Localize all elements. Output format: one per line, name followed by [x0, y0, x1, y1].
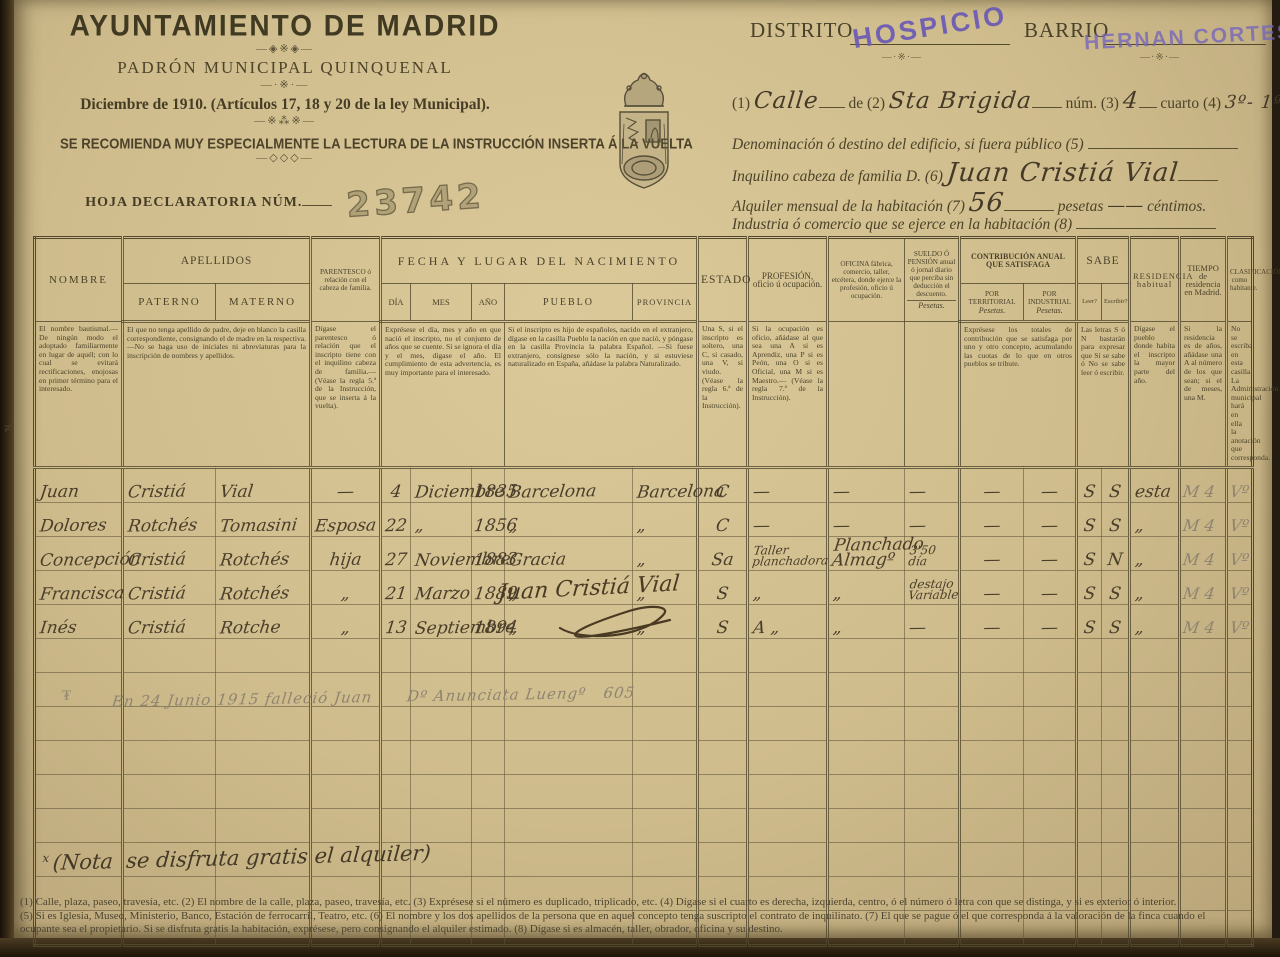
handwritten-tiempo: M 4	[1182, 482, 1216, 501]
handwritten-profesion: „	[750, 586, 763, 601]
col-header-tiempo: TIEMPO de residencia en Madrid.	[1180, 238, 1227, 322]
tenant-field: Inquilino cabeza de familia D. (6) Juan …	[732, 158, 1272, 188]
ornament-divider-icon: —◇◇◇—	[60, 153, 510, 163]
cell-paterno	[123, 740, 216, 774]
cell-provincia	[633, 672, 698, 706]
handwritten-leer: S	[1079, 552, 1100, 567]
handwritten-ano: 1856	[473, 518, 503, 533]
cell-parentesco	[311, 808, 381, 842]
cell-escribir: S	[1102, 604, 1130, 638]
handwritten-dia: 27	[383, 552, 409, 567]
cell-parentesco	[311, 638, 381, 672]
cell-oficina	[828, 774, 905, 808]
cell-sueldo: —	[905, 467, 960, 502]
cell-materno	[216, 638, 311, 672]
cell-residencia	[1130, 740, 1180, 774]
cell-materno: Rotche	[216, 604, 311, 638]
cell-escribir	[1102, 672, 1130, 706]
cell-tiempo: M 4	[1180, 570, 1227, 604]
col-header-sueldo: SUELDO Ó PENSIÓN anual ó jornal diario q…	[905, 238, 960, 322]
handwritten-oficina: „	[830, 586, 843, 601]
cell-industrial: —	[1024, 536, 1077, 570]
masthead: AYUNTAMIENTO DE MADRID —◈※◈— PADRÓN MUNI…	[60, 10, 510, 215]
handwritten-industrial: —	[1025, 586, 1074, 602]
cell-ano	[472, 740, 505, 774]
cell-mes	[411, 740, 472, 774]
handwritten-sueldo: destajo Variable	[906, 578, 961, 601]
cell-provincia: „	[633, 536, 698, 570]
cell-sueldo: destajo Variable	[905, 570, 960, 604]
cell-paterno	[123, 808, 216, 842]
industrial-title: POR INDUSTRIAL	[1028, 290, 1071, 306]
sheet-number-label: HOJA DECLARATORIA NÚM.	[85, 195, 302, 210]
cell-dia: 22	[381, 502, 411, 536]
handwritten-parentesco: „	[313, 620, 378, 636]
cell-territorial	[960, 638, 1024, 672]
cell-industrial: —	[1024, 502, 1077, 536]
cell-dia: 13	[381, 604, 411, 638]
handwritten-sueldo: 3'50 día	[906, 544, 958, 567]
handwritten-residencia: esta	[1132, 484, 1172, 500]
cell-industrial	[1024, 842, 1077, 876]
cell-escribir	[1102, 808, 1130, 842]
ornament-divider-icon: —※⁂※—	[60, 116, 510, 126]
cell-mes	[411, 808, 472, 842]
handwritten-residencia: „	[1132, 518, 1145, 533]
handwritten-territorial: —	[962, 586, 1022, 602]
cell-sueldo	[905, 638, 960, 672]
handwritten-sueldo: —	[906, 620, 927, 635]
subheader-provincia: PROVINCIA	[633, 284, 698, 322]
table-row	[35, 774, 1253, 808]
cell-industrial: —	[1024, 570, 1077, 604]
cell-clasificacion	[1227, 638, 1253, 672]
cell-sueldo	[905, 706, 960, 740]
handwritten-territorial: —	[962, 620, 1022, 636]
cell-profesion: —	[748, 467, 828, 502]
subheader-pueblo: PUEBLO	[505, 284, 633, 322]
cell-residencia: esta	[1130, 467, 1180, 502]
cell-industrial	[1024, 672, 1077, 706]
cell-clasificacion	[1227, 774, 1253, 808]
cell-tiempo	[1180, 706, 1227, 740]
instruction-parentesco: Dígase el parentesco ó relación que el i…	[311, 322, 381, 468]
handwritten-pueblo: Gracia	[506, 552, 567, 568]
cell-residencia	[1130, 842, 1180, 876]
cell-paterno	[123, 774, 216, 808]
handwritten-profesion: Taller planchadora	[750, 544, 831, 567]
cell-sueldo	[905, 808, 960, 842]
street-type-handwritten: Calle	[753, 88, 820, 114]
cell-estado: C	[698, 467, 748, 502]
instruction-fecha: Exprésese el día, mes y año en que nació…	[381, 322, 505, 468]
cell-industrial	[1024, 808, 1077, 842]
instruction-residencia: Dígase el pueblo donde habita el inscrip…	[1130, 322, 1180, 468]
cell-ano	[472, 638, 505, 672]
cell-industrial: —	[1024, 604, 1077, 638]
col-header-clasificacion: CLASIFICACIÓN como habitante.	[1227, 238, 1253, 322]
cell-pueblo: Barcelona	[505, 467, 633, 502]
handwritten-parentesco: Esposa	[313, 518, 378, 534]
cell-nombre	[35, 638, 123, 672]
cell-escribir: S	[1102, 570, 1130, 604]
cell-provincia	[633, 842, 698, 876]
subheader-dia: DÍA	[381, 284, 411, 322]
ornament-divider-icon: —◈※◈—	[60, 44, 510, 54]
col-header-contribucion: CONTRIBUCIÓN ANUAL QUE SATISFAGA	[960, 238, 1077, 284]
cell-parentesco	[311, 740, 381, 774]
cell-residencia	[1130, 638, 1180, 672]
num-label: núm. (3)	[1066, 95, 1119, 112]
cell-nombre	[35, 808, 123, 842]
handwritten-industrial: —	[1025, 552, 1074, 568]
instruction-oficina-empty	[828, 322, 905, 468]
distrito-label: DISTRITO	[750, 18, 853, 43]
cell-materno	[216, 740, 311, 774]
cell-parentesco	[311, 706, 381, 740]
cell-paterno	[123, 638, 216, 672]
col-header-oficina: OFICINA fábrica, comercio, taller, etcét…	[828, 238, 905, 322]
handwritten-ano: 1883	[473, 552, 503, 567]
house-number-handwritten: 4	[1121, 88, 1139, 114]
cell-clasificacion: Vº	[1227, 604, 1253, 638]
tenant-label: Inquilino cabeza de familia D. (6)	[732, 168, 943, 185]
cell-profesion	[748, 842, 828, 876]
cell-pueblo	[505, 740, 633, 774]
cell-oficina	[828, 706, 905, 740]
cell-profesion: —	[748, 502, 828, 536]
cell-leer	[1077, 774, 1102, 808]
subheader-mes: MES	[411, 284, 472, 322]
cell-oficina	[828, 808, 905, 842]
cell-leer	[1077, 672, 1102, 706]
handwritten-sueldo: —	[906, 484, 927, 499]
document-subtitle: PADRÓN MUNICIPAL QUINQUENAL	[60, 58, 510, 78]
handwritten-residencia: „	[1132, 552, 1145, 567]
cell-ano	[472, 706, 505, 740]
instruction-nombre: El nombre bautismal.— De ningún modo el …	[35, 322, 123, 468]
cell-oficina: „	[828, 604, 905, 638]
cell-nombre: Francisca	[35, 570, 123, 604]
field1-number: (1)	[732, 95, 750, 112]
cell-territorial	[960, 842, 1024, 876]
handwritten-materno: Rotche	[217, 620, 281, 636]
subheader-industrial: POR INDUSTRIAL Pesetas.	[1024, 284, 1077, 322]
cell-sueldo	[905, 842, 960, 876]
cell-tiempo	[1180, 672, 1227, 706]
subheader-territorial: POR TERRITORIAL Pesetas.	[960, 284, 1024, 322]
cell-provincia	[633, 740, 698, 774]
cell-clasificacion	[1227, 808, 1253, 842]
cell-clasificacion	[1227, 672, 1253, 706]
cell-materno	[216, 706, 311, 740]
deceased-margin-mark: ₮	[62, 688, 71, 705]
cell-residencia	[1130, 808, 1180, 842]
cell-paterno: Cristiá	[123, 570, 216, 604]
cell-escribir	[1102, 706, 1130, 740]
handwritten-pueblo: „	[506, 518, 519, 533]
cell-territorial: —	[960, 467, 1024, 502]
cell-parentesco: „	[311, 604, 381, 638]
cell-profesion	[748, 638, 828, 672]
handwritten-territorial: —	[962, 518, 1022, 534]
cell-sueldo	[905, 774, 960, 808]
cell-nombre	[35, 672, 123, 706]
cell-estado: S	[698, 570, 748, 604]
territorial-title: POR TERRITORIAL	[969, 290, 1016, 306]
handwritten-pueblo: Barcelona	[506, 484, 597, 501]
date-line: Diciembre de 1910. (Artículos 17, 18 y 2…	[60, 96, 510, 114]
handwritten-paterno: Cristiá	[125, 484, 187, 500]
cell-oficina	[828, 672, 905, 706]
cell-nombre	[35, 774, 123, 808]
cell-oficina: „	[828, 570, 905, 604]
subheader-ano: AÑO	[472, 284, 505, 322]
handwritten-parentesco: —	[313, 484, 378, 500]
handwritten-materno: Vial	[217, 484, 254, 500]
cell-escribir	[1102, 842, 1130, 876]
handwritten-escribir: N	[1103, 552, 1127, 567]
handwritten-materno: Rotchés	[217, 552, 290, 568]
cell-provincia: Barcelona	[633, 467, 698, 502]
cell-estado	[698, 706, 748, 740]
cell-sueldo: —	[905, 502, 960, 536]
cell-paterno: Cristiá	[123, 467, 216, 502]
instruction-contribucion: Exprésese los totales de contribución qu…	[960, 322, 1077, 468]
cell-mes: Diciembre	[411, 467, 472, 502]
handwritten-tiempo: M 4	[1182, 618, 1216, 637]
floor-handwritten: 3º- 1ª	[1224, 92, 1280, 113]
handwritten-territorial: —	[962, 484, 1022, 500]
handwritten-provincia: „	[634, 552, 647, 567]
cell-mes	[411, 774, 472, 808]
cell-clasificacion: Vº	[1227, 570, 1253, 604]
cell-provincia	[633, 706, 698, 740]
instruction-estado: Una S, si el inscripto es soltero, una C…	[698, 322, 748, 468]
cell-profesion: „	[748, 570, 828, 604]
cell-provincia	[633, 774, 698, 808]
centimos-label: céntimos.	[1147, 198, 1206, 215]
cell-materno: Vial	[216, 467, 311, 502]
cell-provincia: „	[633, 502, 698, 536]
cell-dia	[381, 774, 411, 808]
cell-industrial	[1024, 740, 1077, 774]
territorial-unit: Pesetas.	[963, 307, 1021, 315]
cell-tiempo: M 4	[1180, 467, 1227, 502]
handwritten-dia: 22	[383, 518, 409, 533]
handwritten-dia: 4	[383, 484, 409, 499]
handwritten-sueldo: —	[906, 518, 927, 533]
cell-residencia	[1130, 706, 1180, 740]
cell-territorial: —	[960, 502, 1024, 536]
cell-leer	[1077, 740, 1102, 774]
cell-parentesco: hija	[311, 536, 381, 570]
handwritten-ano: 1894	[473, 620, 503, 635]
cell-industrial: —	[1024, 467, 1077, 502]
cell-oficina	[828, 740, 905, 774]
cell-mes: Marzo	[411, 570, 472, 604]
col-header-sabe: SABE	[1077, 238, 1130, 284]
cell-leer: S	[1077, 604, 1102, 638]
cell-industrial	[1024, 774, 1077, 808]
cell-dia	[381, 638, 411, 672]
footnote-line-2: (5) Si es Iglesia, Museo, Ministerio, Ba…	[20, 910, 1260, 924]
handwritten-escribir: S	[1103, 518, 1127, 533]
instruction-notice: SE RECOMIENDA MUY ESPECIALMENTE LA LECTU…	[60, 135, 510, 152]
handwritten-dia: 21	[383, 586, 409, 601]
cell-nombre: Inés	[35, 604, 123, 638]
cell-profesion	[748, 774, 828, 808]
handwritten-clasificacion: Vº	[1229, 482, 1251, 501]
cell-residencia: „	[1130, 536, 1180, 570]
handwritten-paterno: Cristiá	[125, 620, 187, 636]
cell-ano: 1883	[472, 536, 505, 570]
handwritten-clasificacion: Vº	[1229, 550, 1251, 569]
handwritten-escribir: S	[1103, 484, 1127, 499]
signature-rubric-icon	[552, 598, 682, 649]
handwritten-leer: S	[1079, 518, 1100, 533]
industry-label: Industria ó comercio que se ejerce en la…	[732, 216, 1072, 233]
cell-territorial: —	[960, 604, 1024, 638]
ornament-icon: —·※·—	[1140, 52, 1180, 63]
industrial-unit: Pesetas.	[1026, 307, 1073, 315]
cell-paterno: Cristiá	[123, 536, 216, 570]
cell-oficina: —	[828, 502, 905, 536]
cell-territorial	[960, 706, 1024, 740]
cell-ano: 1894	[472, 604, 505, 638]
industry-field: Industria ó comercio que se ejerce en la…	[732, 214, 1272, 234]
cell-ano	[472, 808, 505, 842]
table-row	[35, 706, 1253, 740]
handwritten-industrial: —	[1025, 484, 1074, 500]
col-header-estado: ESTADO	[698, 238, 748, 322]
cell-estado	[698, 638, 748, 672]
handwritten-tiempo: M 4	[1182, 550, 1216, 569]
cell-nombre	[35, 706, 123, 740]
cell-escribir	[1102, 740, 1130, 774]
document-title: AYUNTAMIENTO DE MADRID	[60, 9, 510, 43]
handwritten-leer: S	[1079, 586, 1100, 601]
cell-clasificacion: Vº	[1227, 467, 1253, 502]
instruction-profesion: Si la ocupación es oficio, añádase al qu…	[748, 322, 828, 468]
cell-provincia	[633, 808, 698, 842]
cell-tiempo	[1180, 740, 1227, 774]
handwritten-estado: S	[700, 586, 745, 602]
handwritten-materno: Rotchés	[217, 586, 290, 602]
cell-dia	[381, 740, 411, 774]
cell-clasificacion: Vº	[1227, 502, 1253, 536]
instruction-clasificacion: No se escriba en esta casilla. La Admini…	[1227, 322, 1253, 468]
handwritten-escribir: S	[1103, 620, 1127, 635]
cell-oficina: Planchado Almagº	[828, 536, 905, 570]
cell-residencia: „	[1130, 502, 1180, 536]
cell-clasificacion: Vº	[1227, 536, 1253, 570]
instruction-tiempo: Si la residencia es de años, añádase una…	[1180, 322, 1227, 468]
cell-mes: Septiembre	[411, 604, 472, 638]
cell-tiempo: M 4	[1180, 604, 1227, 638]
cell-tiempo: M 4	[1180, 536, 1227, 570]
cell-clasificacion	[1227, 740, 1253, 774]
handwritten-paterno: Cristiá	[125, 586, 187, 602]
madrid-coat-of-arms-icon	[596, 72, 692, 224]
street-field: (1) Calle de (2) Sta Brigida núm. (3) 4 …	[732, 88, 1272, 114]
handwritten-nombre: Juan	[37, 484, 80, 500]
cell-leer	[1077, 842, 1102, 876]
table-row: DoloresRotchésTomasiniEsposa22„1856„„C——…	[35, 502, 1253, 536]
cell-ano	[472, 774, 505, 808]
cell-tiempo	[1180, 774, 1227, 808]
cell-dia: 21	[381, 570, 411, 604]
instruction-sabe: Las letras S ó N bastarán para expresar …	[1077, 322, 1130, 468]
cell-materno	[216, 774, 311, 808]
cell-tiempo: M 4	[1180, 502, 1227, 536]
handwritten-provincia: „	[634, 518, 647, 533]
cell-leer	[1077, 808, 1102, 842]
cell-estado: Sa	[698, 536, 748, 570]
handwritten-oficina: „	[830, 620, 843, 635]
cell-mes: „	[411, 502, 472, 536]
cell-dia	[381, 808, 411, 842]
ornament-icon: —·※·—	[882, 52, 922, 63]
cell-leer: S	[1077, 502, 1102, 536]
handwritten-estado: C	[700, 518, 745, 534]
cell-paterno	[123, 706, 216, 740]
cell-profesion	[748, 672, 828, 706]
cell-industrial	[1024, 638, 1077, 672]
cell-materno: Tomasini	[216, 502, 311, 536]
handwritten-residencia: „	[1132, 620, 1145, 635]
table-row	[35, 808, 1253, 842]
handwritten-nombre: Dolores	[37, 518, 107, 534]
cell-leer	[1077, 706, 1102, 740]
field2-number: de (2)	[848, 95, 885, 112]
cell-territorial: —	[960, 536, 1024, 570]
cell-estado	[698, 808, 748, 842]
sheet-number-line: HOJA DECLARATORIA NÚM.23742	[60, 175, 510, 215]
handwritten-profesion: —	[750, 484, 771, 499]
handwritten-leer: S	[1079, 620, 1100, 635]
col-header-profesion: PROFESIÓN, oficio ú ocupación.	[748, 238, 828, 322]
cell-clasificacion	[1227, 706, 1253, 740]
handwritten-materno: Tomasini	[217, 518, 298, 534]
cell-estado	[698, 774, 748, 808]
cell-escribir	[1102, 638, 1130, 672]
col-header-apellidos: APELLIDOS	[123, 238, 311, 284]
cell-nombre: Dolores	[35, 502, 123, 536]
table-row	[35, 740, 1253, 774]
handwritten-escribir: S	[1103, 586, 1127, 601]
cell-profesion	[748, 808, 828, 842]
handwritten-estado: Sa	[700, 552, 745, 568]
handwritten-leer: S	[1079, 484, 1100, 499]
cell-leer	[1077, 638, 1102, 672]
cell-materno: Rotchés	[216, 536, 311, 570]
cell-nombre: Juan	[35, 467, 123, 502]
cell-tiempo	[1180, 638, 1227, 672]
handwritten-oficina: —	[830, 484, 851, 499]
handwritten-oficina: —	[830, 518, 851, 533]
footnote-line-1: (1) Calle, plaza, paseo, travesía, etc. …	[20, 896, 1260, 910]
cell-residencia	[1130, 774, 1180, 808]
cell-pueblo: Gracia	[505, 536, 633, 570]
cell-residencia: „	[1130, 570, 1180, 604]
subheader-paterno: PATERNO	[123, 284, 216, 322]
cell-territorial	[960, 808, 1024, 842]
col-header-fecha-nacimiento: FECHA Y LUGAR DEL NACIMIENTO	[381, 238, 698, 284]
handwritten-dia: 13	[383, 620, 409, 635]
handwritten-mes: Marzo	[412, 586, 471, 602]
footnote-line-3: ocupante sea el propietario. Si se disfr…	[20, 923, 1260, 937]
